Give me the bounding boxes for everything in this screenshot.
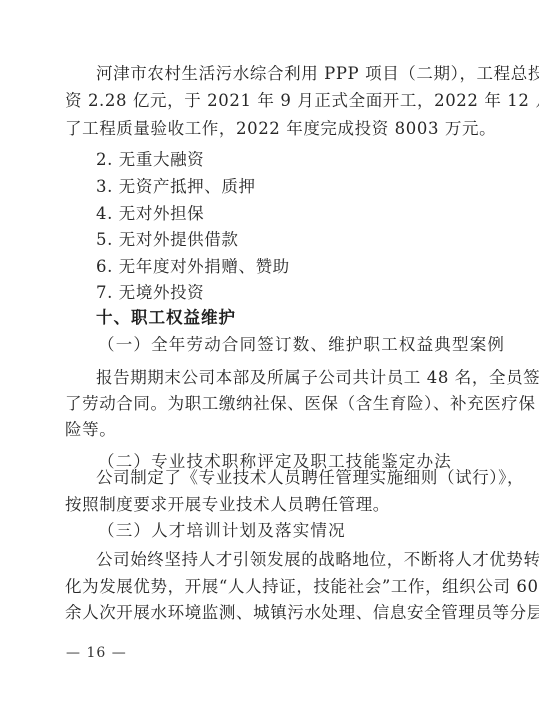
paragraph-line: 资 2.28 亿元，于 2021 年 9 月正式全面开工，2022 年 12 月…: [65, 91, 452, 111]
section-heading: 十、职工权益维护: [96, 308, 456, 328]
subsection-heading: （一）全年劳动合同签订数、维护职工权益典型案例: [98, 335, 488, 355]
list-item: 4. 无对外担保: [96, 204, 456, 224]
paragraph-line: 险等。: [65, 420, 455, 440]
paragraph-line: 报告期期末公司本部及所属子公司共计员工 48 名，全员签订: [96, 368, 452, 388]
paragraph-line: 公司制定了《专业技术人员聘任管理实施细则（试行）》，: [96, 468, 452, 488]
paragraph-line: 余人次开展水环境监测、城镇污水处理、信息安全管理员等分层: [65, 603, 452, 623]
list-item: 3. 无资产抵押、质押: [96, 177, 456, 197]
list-item: 6. 无年度对外捐赠、赞助: [96, 257, 456, 277]
list-item: 5. 无对外提供借款: [96, 230, 456, 250]
list-item: 2. 无重大融资: [96, 150, 456, 170]
paragraph-line: 了劳动合同。为职工缴纳社保、医保（含生育险）、补充医疗保: [65, 394, 452, 414]
paragraph-line: 化为发展优势，开展“人人持证，技能社会”工作，组织公司 60: [65, 577, 452, 597]
list-item: 7. 无境外投资: [96, 283, 456, 303]
paragraph-line: 按照制度要求开展专业技术人员聘任管理。: [65, 495, 455, 515]
paragraph-line: 了工程质量验收工作，2022 年度完成投资 8003 万元。: [65, 119, 455, 139]
page-number: — 16 —: [66, 643, 127, 663]
document-page: 河津市农村生活污水综合利用 PPP 项目（二期），工程总投 资 2.28 亿元，…: [0, 0, 539, 726]
paragraph-line: 河津市农村生活污水综合利用 PPP 项目（二期），工程总投: [96, 64, 452, 84]
paragraph-line: 公司始终坚持人才引领发展的战略地位，不断将人才优势转: [96, 550, 452, 570]
subsection-heading: （三）人才培训计划及落实情况: [98, 521, 488, 541]
